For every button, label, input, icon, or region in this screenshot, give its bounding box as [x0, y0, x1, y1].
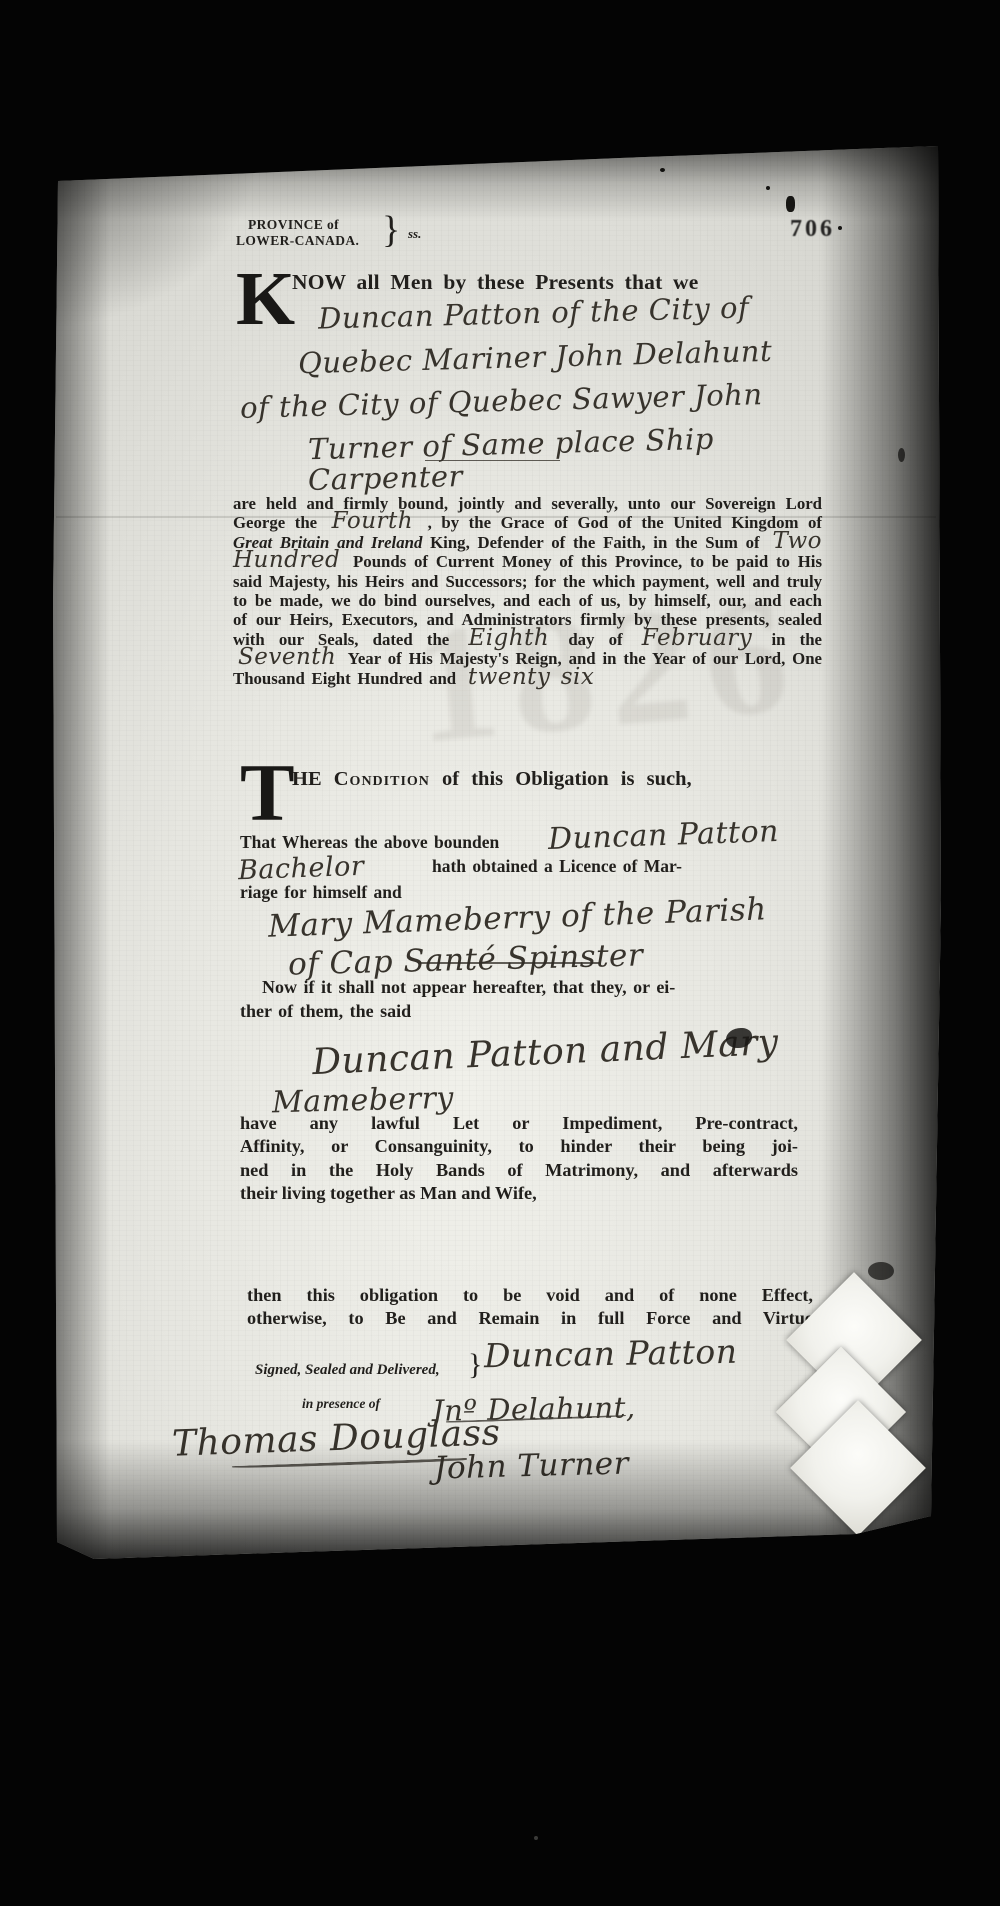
bachelor-handwritten: Bachelor [237, 851, 364, 886]
impediment-line: ned in the Holy Bands of Matrimony, and … [240, 1159, 798, 1182]
ink-speck [898, 448, 905, 462]
pen-flourish [420, 962, 600, 964]
ink-speck [766, 186, 770, 190]
handwritten-parties-line: Duncan Patton of the City of [318, 290, 750, 335]
handwritten-parties-line: Carpenter [308, 459, 464, 497]
bachelor-print: hath obtained a Licence of Mar- [432, 856, 682, 877]
impediment-block: have any lawful Let or Impediment, Pre-c… [240, 1112, 798, 1206]
closing-block: then this obligation to be void and of n… [247, 1284, 813, 1330]
text-segment-hw: Eighth [463, 625, 554, 651]
ther-line: ther of them, the said [240, 1001, 411, 1022]
ink-speck [786, 196, 795, 212]
closing-line: otherwise, to Be and Remain in full Forc… [247, 1307, 813, 1330]
couple-line-handwritten: Duncan Patton and Mary [311, 1022, 779, 1083]
province-line1: PROVINCE of [248, 217, 339, 233]
text-segment-hw: February [637, 625, 758, 651]
header-ss: ss. [408, 226, 421, 242]
province-line2: LOWER-CANADA. [236, 233, 359, 249]
condition-heading-he: HE [292, 768, 334, 790]
condition-heading: HE Condition of this Obligation is such, [292, 768, 692, 791]
impediment-line: their living together as Man and Wife, [240, 1182, 798, 1205]
film-speck [534, 1836, 538, 1840]
impediment-line: Affinity, or Consanguinity, to hinder th… [240, 1135, 798, 1158]
dropcap-k: K [236, 272, 295, 327]
paper: 1826 PROVINCE of LOWER-CANADA. } ss. 706… [0, 0, 1000, 1906]
text-segment-hw: Fourth [327, 508, 418, 534]
text-segment-print: King, Defender of the Faith, in the Sum … [422, 533, 767, 552]
document-content: 1826 PROVINCE of LOWER-CANADA. } ss. 706… [0, 0, 1000, 1906]
handwritten-parties-line: of the City of Quebec Sawyer John [240, 377, 763, 425]
riage-line: riage for himself and [240, 882, 402, 903]
signature-patton: Duncan Patton [484, 1332, 738, 1375]
dropcap-t: T [240, 763, 295, 822]
text-segment-hw: twenty six [463, 664, 600, 690]
text-segment-print: day of [554, 630, 637, 649]
in-presence-label: in presence of [302, 1396, 380, 1412]
impediment-line: have any lawful Let or Impediment, Pre-c… [240, 1112, 798, 1135]
text-segment-hw: Seventh [233, 644, 341, 670]
ink-speck [660, 168, 665, 172]
ink-speck [838, 226, 842, 230]
text-segment-print: in the [757, 630, 822, 649]
bond-paragraph: are held and firmly bound, jointly and s… [233, 494, 822, 688]
pen-flourish [425, 460, 560, 461]
signed-sealed-label: Signed, Sealed and Delivered, [255, 1362, 440, 1379]
condition-heading-rest: of this Obligation is such, [430, 768, 692, 790]
closing-line: then this obligation to be void and of n… [247, 1284, 813, 1307]
bride-line-handwritten: of Cap Santé Spinster [288, 937, 644, 982]
opening-heading: NOW all Men by these Presents that we [292, 270, 698, 295]
text-segment-print: , by the Grace of God of the United King… [418, 513, 822, 532]
microfilm-frame: 1826 PROVINCE of LOWER-CANADA. } ss. 706… [0, 0, 1000, 1906]
handwritten-parties-line: Quebec Mariner John Delahunt [298, 334, 773, 380]
page-number: 706 [790, 216, 835, 243]
ink-smudge [868, 1262, 894, 1280]
condition-heading-word: Condition [334, 768, 430, 790]
header-brace: } [382, 212, 400, 248]
now-line: Now if it shall not appear hereafter, th… [262, 977, 675, 998]
bounden-name-handwritten: Duncan Patton [547, 814, 779, 857]
bounden-print: That Whereas the above bounden [240, 832, 499, 853]
attestation-brace: } [468, 1350, 482, 1380]
signature-turner: John Turner [434, 1445, 630, 1486]
